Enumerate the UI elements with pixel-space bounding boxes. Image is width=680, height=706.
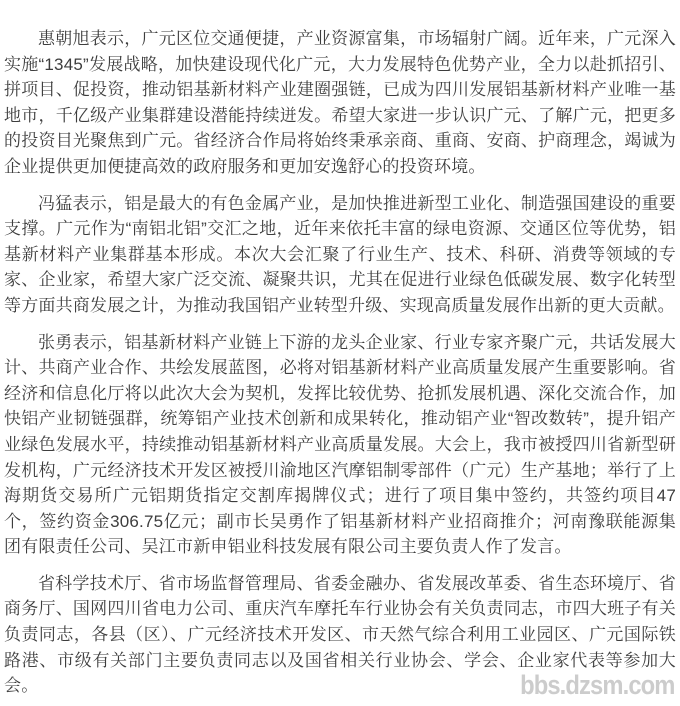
- watermark: bbs.dzsm.com: [521, 672, 675, 699]
- paragraph: 惠朝旭表示，广元区位交通便捷，产业资源富集，市场辐射广阔。近年来，广元深入实施“…: [4, 26, 676, 180]
- article-body: 惠朝旭表示，广元区位交通便捷，产业资源富集，市场辐射广阔。近年来，广元深入实施“…: [0, 0, 680, 699]
- paragraph: 冯猛表示，铝是最大的有色金属产业，是加快推进新型工业化、制造强国建设的重要支撑。…: [4, 191, 676, 319]
- article-page: 惠朝旭表示，广元区位交通便捷，产业资源富集，市场辐射广阔。近年来，广元深入实施“…: [0, 0, 680, 706]
- paragraph: 张勇表示，铝基新材料产业链上下游的龙头企业家、行业专家齐聚广元，共话发展大计、共…: [4, 330, 676, 560]
